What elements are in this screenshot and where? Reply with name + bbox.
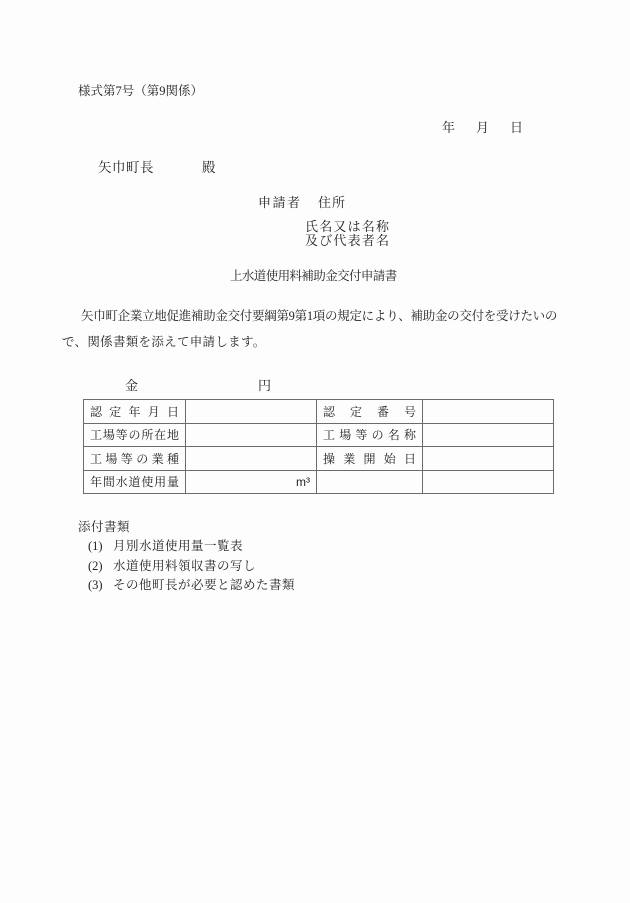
date-day-label: 日 (510, 117, 523, 136)
table-label-factory-name: 工場等の名称 (317, 423, 423, 447)
table-row: 認定年月日 認定番号 (84, 400, 554, 424)
form-number: 様式第7号（第9関係） (78, 81, 203, 99)
table-value-factory-location (186, 423, 317, 447)
table-row: 工場等の業種 操業開始日 (84, 447, 554, 471)
table-value-operation-start-date (423, 447, 554, 471)
addressee-name: 矢巾町長 (98, 156, 154, 176)
body-paragraph-line1: 矢巾町企業立地促進補助金交付要綱第9第1項の規定により、補助金の交付を受けたいの (81, 306, 557, 324)
attachment-item-text: 月別水道使用量一覧表 (113, 539, 243, 553)
table-row: 工場等の所在地 工場等の名称 (84, 423, 554, 447)
table-value-certification-date (186, 400, 317, 424)
table-value-factory-name (423, 423, 554, 447)
table-label-annual-water-usage: 年間水道使用量 (84, 470, 186, 494)
table-row: 年間水道使用量 m³ (84, 470, 554, 494)
amount-line: 金 円 (0, 375, 630, 391)
document-page: 様式第7号（第9関係） 年 月 日 矢巾町長 殿 申請者 住所 氏名又は名称 及… (0, 0, 630, 903)
table-value-factory-industry (186, 447, 317, 471)
attachment-item-number: (3) (88, 578, 113, 593)
applicant-label: 申請者 (258, 192, 302, 211)
attachment-item-number: (2) (88, 559, 113, 574)
applicant-line: 申請者 住所 (0, 192, 630, 208)
attachment-item-text: その他町長が必要と認めた書類 (113, 578, 295, 592)
table-value-certification-number (423, 400, 554, 424)
table-label-certification-number: 認定番号 (317, 400, 423, 424)
applicant-address-label: 住所 (318, 192, 346, 211)
table-empty-cell (317, 470, 423, 494)
attachment-item: (2)水道使用料領収書の写し (88, 556, 256, 572)
addressee-honorific: 殿 (202, 156, 216, 176)
amount-yen-label: 円 (258, 375, 271, 394)
body-paragraph-line2: で、関係書類を添えて申請します。 (62, 332, 266, 350)
attachment-item-text: 水道使用料領収書の写し (113, 559, 256, 573)
date-line: 年 月 日 (0, 117, 630, 133)
table-label-factory-location: 工場等の所在地 (84, 423, 186, 447)
date-month-label: 月 (476, 117, 489, 136)
applicant-representative-label: 及び代表者名 (305, 230, 390, 249)
document-title: 上水道使用料補助金交付申請書 (230, 266, 397, 284)
addressee-line: 矢巾町長 殿 (0, 156, 630, 172)
table-label-factory-industry: 工場等の業種 (84, 447, 186, 471)
attachment-item-number: (1) (88, 539, 113, 554)
attachment-item: (1)月別水道使用量一覧表 (88, 536, 243, 552)
table-label-certification-date: 認定年月日 (84, 400, 186, 424)
date-year-label: 年 (442, 117, 455, 136)
table-value-annual-water-usage-unit: m³ (186, 470, 317, 494)
table-empty-cell (423, 470, 554, 494)
attachments-heading: 添付書類 (78, 517, 130, 535)
attachment-item: (3)その他町長が必要と認めた書類 (88, 575, 295, 591)
application-info-table: 認定年月日 認定番号 工場等の所在地 工場等の名称 工場等の業種 操業開始日 年… (83, 399, 554, 494)
amount-kin-label: 金 (125, 375, 138, 394)
table-label-operation-start-date: 操業開始日 (317, 447, 423, 471)
